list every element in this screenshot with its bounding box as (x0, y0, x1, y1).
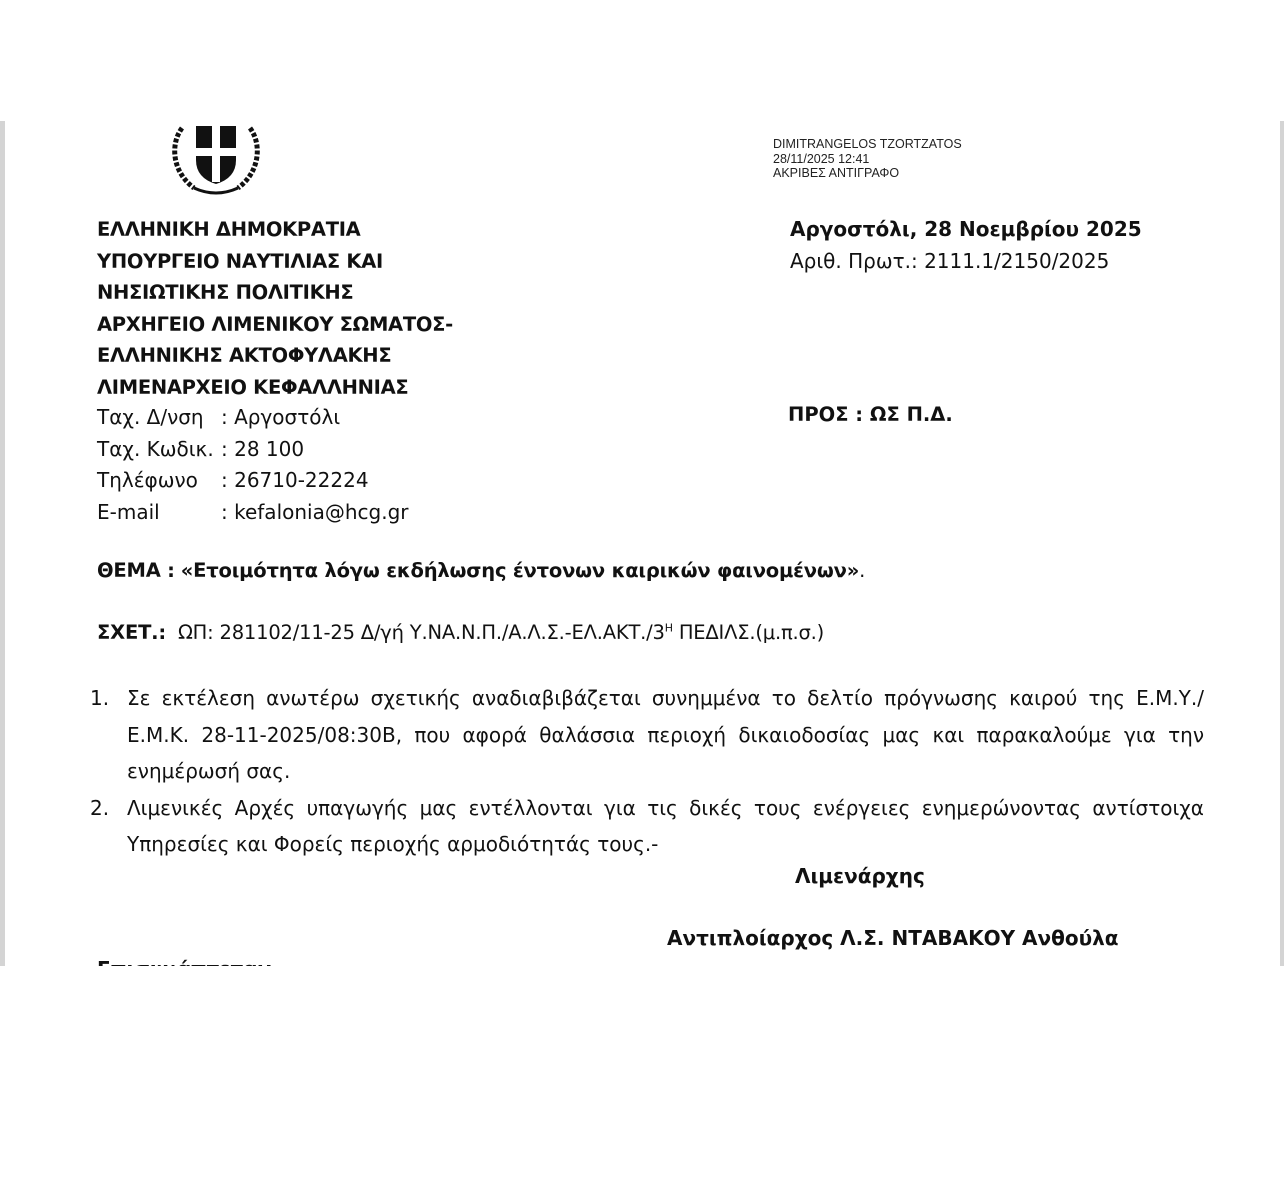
issuer-line: ΑΡΧΗΓΕΙΟ ΛΙΜΕΝΙΚΟΥ ΣΩΜΑΤΟΣ- (97, 309, 453, 341)
document-date: Αργοστόλι, 28 Νοεμβρίου 2025 (790, 214, 1142, 246)
subject-end: . (859, 559, 865, 582)
signature-title: Λιμενάρχης (795, 864, 925, 888)
contact-block: Ταχ. Δ/νση : Αργοστόλι Ταχ. Κωδικ. : 28 … (97, 402, 409, 528)
subject-text: «Ετοιμότητα λόγω εκδήλωσης έντονων καιρι… (181, 559, 859, 582)
contact-value: : Αργοστόλι (221, 402, 340, 434)
issuer-line: ΝΗΣΙΩΤΙΚΗΣ ΠΟΛΙΤΙΚΗΣ (97, 277, 453, 309)
list-item-number: 1. (90, 680, 127, 790)
list-item: 2. Λιμενικές Αρχές υπαγωγής μας εντέλλον… (90, 790, 1204, 863)
contact-label: Τηλέφωνο (97, 465, 221, 497)
signature-name: Αντιπλοίαρχος Λ.Σ. ΝΤΑΒΑΚΟΥ Ανθούλα (667, 926, 1119, 950)
list-item-text: Λιμενικές Αρχές υπαγωγής μας εντέλλονται… (127, 790, 1204, 863)
document-page: DIMITRANGELOS TZORTZATOS 28/11/2025 12:4… (0, 121, 1284, 966)
stamp-signer: DIMITRANGELOS TZORTZATOS (773, 137, 962, 152)
document-viewport[interactable]: DIMITRANGELOS TZORTZATOS 28/11/2025 12:4… (0, 121, 1284, 966)
subject-label: ΘΕΜΑ : (97, 559, 175, 582)
greek-coat-of-arms-icon (168, 121, 264, 196)
issuer-line: ΥΠΟΥΡΓΕΙΟ ΝΑΥΤΙΛΙΑΣ ΚΑΙ (97, 246, 453, 278)
subject-line: ΘΕΜΑ : «Ετοιμότητα λόγω εκδήλωσης έντονω… (97, 559, 865, 582)
reference-label: ΣΧΕΤ.: (97, 621, 166, 644)
attachment-line-cut-off: Επισυνάπτεται: (97, 957, 273, 966)
contact-value: : 26710-22224 (221, 465, 369, 497)
contact-label: E-mail (97, 497, 221, 529)
contact-value: : kefalonia@hcg.gr (221, 497, 409, 529)
contact-row-email: E-mail : kefalonia@hcg.gr (97, 497, 409, 529)
stamp-datetime: 28/11/2025 12:41 (773, 152, 962, 167)
contact-label: Ταχ. Δ/νση (97, 402, 221, 434)
issuer-block: ΕΛΛΗΝΙΚΗ ΔΗΜΟΚΡΑΤΙΑ ΥΠΟΥΡΓΕΙΟ ΝΑΥΤΙΛΙΑΣ … (97, 214, 453, 403)
issuer-line: ΕΛΛΗΝΙΚΗ ΔΗΜΟΚΡΑΤΙΑ (97, 214, 453, 246)
issuer-line: ΛΙΜΕΝΑΡΧΕΙΟ ΚΕΦΑΛΛΗΝΙΑΣ (97, 372, 453, 404)
numbered-list: 1. Σε εκτέλεση ανωτέρω σχετικής αναδιαβι… (90, 680, 1204, 863)
contact-value: : 28 100 (221, 434, 304, 466)
contact-label: Ταχ. Κωδικ. (97, 434, 221, 466)
reference-text: ΩΠ: 281102/11-25 Δ/γή Υ.ΝΑ.Ν.Π./Α.Λ.Σ.-Ε… (178, 621, 665, 644)
list-item: 1. Σε εκτέλεση ανωτέρω σχετικής αναδιαβι… (90, 680, 1204, 790)
reference-sup: Η (665, 622, 673, 635)
digital-signature-stamp: DIMITRANGELOS TZORTZATOS 28/11/2025 12:4… (773, 137, 962, 181)
contact-row-phone: Τηλέφωνο : 26710-22224 (97, 465, 409, 497)
stamp-note: ΑΚΡΙΒΕΣ ΑΝΤΙΓΡΑΦΟ (773, 166, 962, 181)
protocol-number: Αριθ. Πρωτ.: 2111.1/2150/2025 (790, 246, 1109, 278)
recipient-line: ΠΡΟΣ : ΩΣ Π.Δ. (788, 403, 953, 426)
contact-row-address: Ταχ. Δ/νση : Αργοστόλι (97, 402, 409, 434)
contact-row-postcode: Ταχ. Κωδικ. : 28 100 (97, 434, 409, 466)
reference-tail: ΠΕΔΙΛΣ.(μ.π.σ.) (673, 621, 824, 644)
reference-line: ΣΧΕΤ.: ΩΠ: 281102/11-25 Δ/γή Υ.ΝΑ.Ν.Π./Α… (97, 621, 824, 644)
list-item-number: 2. (90, 790, 127, 863)
list-item-text: Σε εκτέλεση ανωτέρω σχετικής αναδιαβιβάζ… (127, 680, 1204, 790)
issuer-line: ΕΛΛΗΝΙΚΗΣ ΑΚΤΟΦΥΛΑΚΗΣ (97, 340, 453, 372)
